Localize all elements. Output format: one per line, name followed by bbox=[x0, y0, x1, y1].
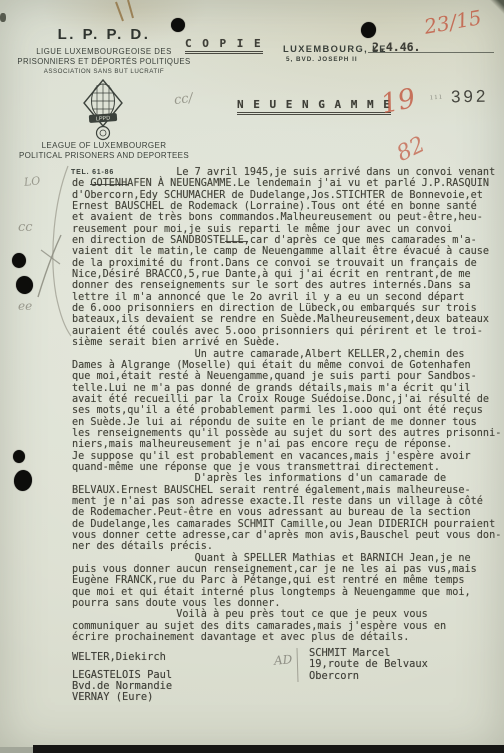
scanned-letter-page: L. P. P. D. LIGUE LUXEMBOURGEOISE DES PR… bbox=[0, 0, 504, 753]
pencil-check-stroke bbox=[38, 235, 61, 297]
scan-bottom-edge-left bbox=[0, 747, 33, 753]
punch-hole bbox=[13, 450, 25, 463]
punch-hole bbox=[171, 18, 185, 32]
ink-stroke-top-1 bbox=[116, 2, 123, 21]
paper-edge-speck bbox=[0, 13, 6, 22]
scan-corner-shadow bbox=[488, 0, 504, 16]
scan-bottom-edge bbox=[33, 745, 504, 753]
ink-stroke-top-2 bbox=[128, 0, 133, 18]
signature-address-line2: VERNAY (Eure) bbox=[72, 691, 153, 703]
punch-hole bbox=[12, 253, 26, 268]
pencil-bracket-stroke bbox=[53, 166, 71, 336]
letter-body: Le 7 avril 1945,je suis arrivé dans un c… bbox=[72, 167, 501, 643]
strikeout-gotenhafen bbox=[90, 184, 128, 185]
signature-schmit-block: SCHMIT Marcel 19,route de Belvaux Oberco… bbox=[309, 648, 428, 682]
pencil-signature-divider bbox=[297, 648, 298, 682]
signature-welter: WELTER,Diekirch bbox=[72, 651, 166, 663]
strikeout-sandbostelle bbox=[225, 241, 248, 242]
